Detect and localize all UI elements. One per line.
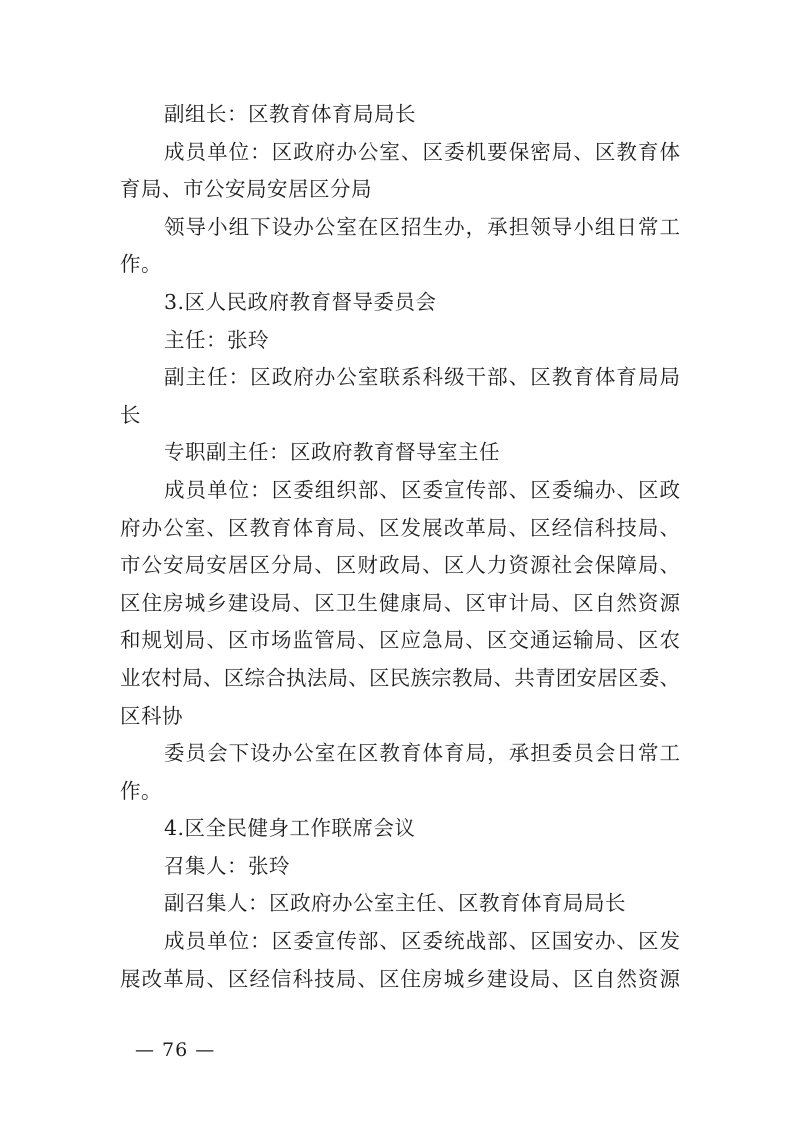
text-line: 委员会下设办公室在区教育体育局，承担委员会日常工 xyxy=(120,735,680,773)
text-line: 展改革局、区经信科技局、区住房城乡建设局、区自然资源 xyxy=(120,961,680,999)
document-body: 副组长：区教育体育局局长成员单位：区政府办公室、区委机要保密局、区教育体育局、市… xyxy=(120,96,680,998)
text-line: 市公安局安居区分局、区财政局、区人力资源社会保障局、 xyxy=(120,547,680,585)
text-line: 领导小组下设办公室在区招生办，承担领导小组日常工 xyxy=(120,209,680,247)
text-line: 召集人：张玲 xyxy=(120,848,680,886)
text-line: 副组长：区教育体育局局长 xyxy=(120,96,680,134)
text-line: 主任：张玲 xyxy=(120,322,680,360)
text-line: 长 xyxy=(120,397,680,435)
text-line: 成员单位：区委组织部、区委宣传部、区委编办、区政 xyxy=(120,472,680,510)
text-line: 4.区全民健身工作联席会议 xyxy=(120,810,680,848)
text-line: 作。 xyxy=(120,773,680,811)
text-line: 育局、市公安局安居区分局 xyxy=(120,171,680,209)
text-line: 区住房城乡建设局、区卫生健康局、区审计局、区自然资源 xyxy=(120,585,680,623)
text-line: 府办公室、区教育体育局、区发展改革局、区经信科技局、 xyxy=(120,510,680,548)
text-line: 副召集人：区政府办公室主任、区教育体育局局长 xyxy=(120,885,680,923)
text-line: 业农村局、区综合执法局、区民族宗教局、共青团安居区委、 xyxy=(120,660,680,698)
page-number: — 76 — xyxy=(135,1036,215,1064)
text-line: 专职副主任：区政府教育督导室主任 xyxy=(120,434,680,472)
text-line: 3.区人民政府教育督导委员会 xyxy=(120,284,680,322)
text-line: 和规划局、区市场监管局、区应急局、区交通运输局、区农 xyxy=(120,622,680,660)
text-line: 作。 xyxy=(120,246,680,284)
text-line: 成员单位：区政府办公室、区委机要保密局、区教育体 xyxy=(120,134,680,172)
document-page: 副组长：区教育体育局局长成员单位：区政府办公室、区委机要保密局、区教育体育局、市… xyxy=(0,0,793,1122)
text-line: 副主任：区政府办公室联系科级干部、区教育体育局局 xyxy=(120,359,680,397)
text-line: 成员单位：区委宣传部、区委统战部、区国安办、区发 xyxy=(120,923,680,961)
text-line: 区科协 xyxy=(120,698,680,736)
